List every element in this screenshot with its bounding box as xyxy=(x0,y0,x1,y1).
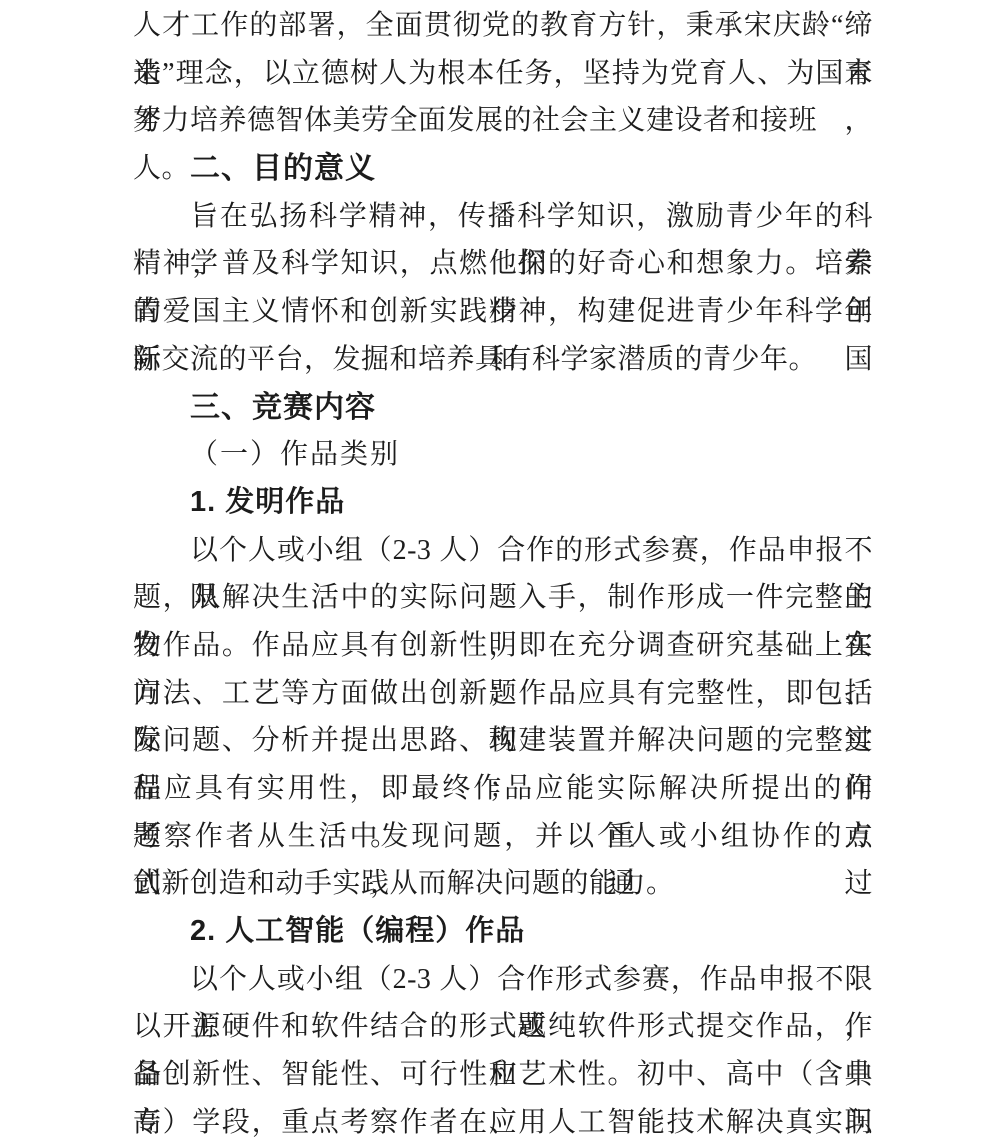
text-line: 以开源硬件和软件结合的形式或纯软件形式提交作品，作品应具 xyxy=(133,1003,873,1051)
text-line: 题，从解决生活中的实际问题入手，制作形成一件完整的发明实 xyxy=(133,574,873,622)
text-line: 高）学段，重点考察作者在应用人工智能技术解决真实问题的过 xyxy=(133,1099,873,1147)
heading-line: （一）作品类别 xyxy=(133,431,873,479)
text-line: 人才工作的部署，全面贯彻党的教育方针，秉承宋庆龄“缔造未 xyxy=(133,2,873,50)
text-line: 品应具有实用性，即最终作品应能实际解决所提出的问题。重点 xyxy=(133,765,873,813)
text-block: 人才工作的部署，全面贯彻党的教育方针，秉承宋庆龄“缔造未来”理念，以立德树人为根… xyxy=(133,2,873,1147)
text-line: 方法、工艺等方面做出创新；作品应具有完整性，即包括发现实 xyxy=(133,670,873,718)
text-line: 备创新性、智能性、可行性和艺术性。初中、高中（含中专、职 xyxy=(133,1051,873,1099)
heading-line: 二、目的意义 xyxy=(133,145,873,193)
text-line: 考察作者从生活中发现问题，并以个人或小组协作的方式，通过 xyxy=(133,813,873,861)
heading-line: 1. 发明作品 xyxy=(133,479,873,527)
text-line: 际问题、分析并提出思路、构建装置并解决问题的完整过程；作 xyxy=(133,717,873,765)
text-line: 努力培养德智体美劳全面发展的社会主义建设者和接班人。 xyxy=(133,97,873,145)
text-line: 以个人或小组（2-3 人）合作形式参赛，作品申报不限主题， xyxy=(133,956,873,1004)
text-line: 来”理念，以立德树人为根本任务，坚持为党育人、为国育才， xyxy=(133,50,873,98)
document-page: 人才工作的部署，全面贯彻党的教育方针，秉承宋庆龄“缔造未来”理念，以立德树人为根… xyxy=(0,0,1000,1147)
text-line: 精神，普及科学知识，点燃他们的好奇心和想象力。培养青少年 xyxy=(133,240,873,288)
text-line: 的爱国主义情怀和创新实践精神，构建促进青少年科学创新和国 xyxy=(133,288,873,336)
text-line: 以个人或小组（2-3 人）合作的形式参赛，作品申报不限主 xyxy=(133,527,873,575)
heading-line: 三、竞赛内容 xyxy=(133,384,873,432)
text-line: 物作品。作品应具有创新性，即在充分调查研究基础上在问题、 xyxy=(133,622,873,670)
text-line: 际交流的平台，发掘和培养具有科学家潜质的青少年。 xyxy=(133,336,873,384)
heading-line: 2. 人工智能（编程）作品 xyxy=(133,908,873,956)
text-line: 旨在弘扬科学精神，传播科学知识，激励青少年的科学探索 xyxy=(133,193,873,241)
